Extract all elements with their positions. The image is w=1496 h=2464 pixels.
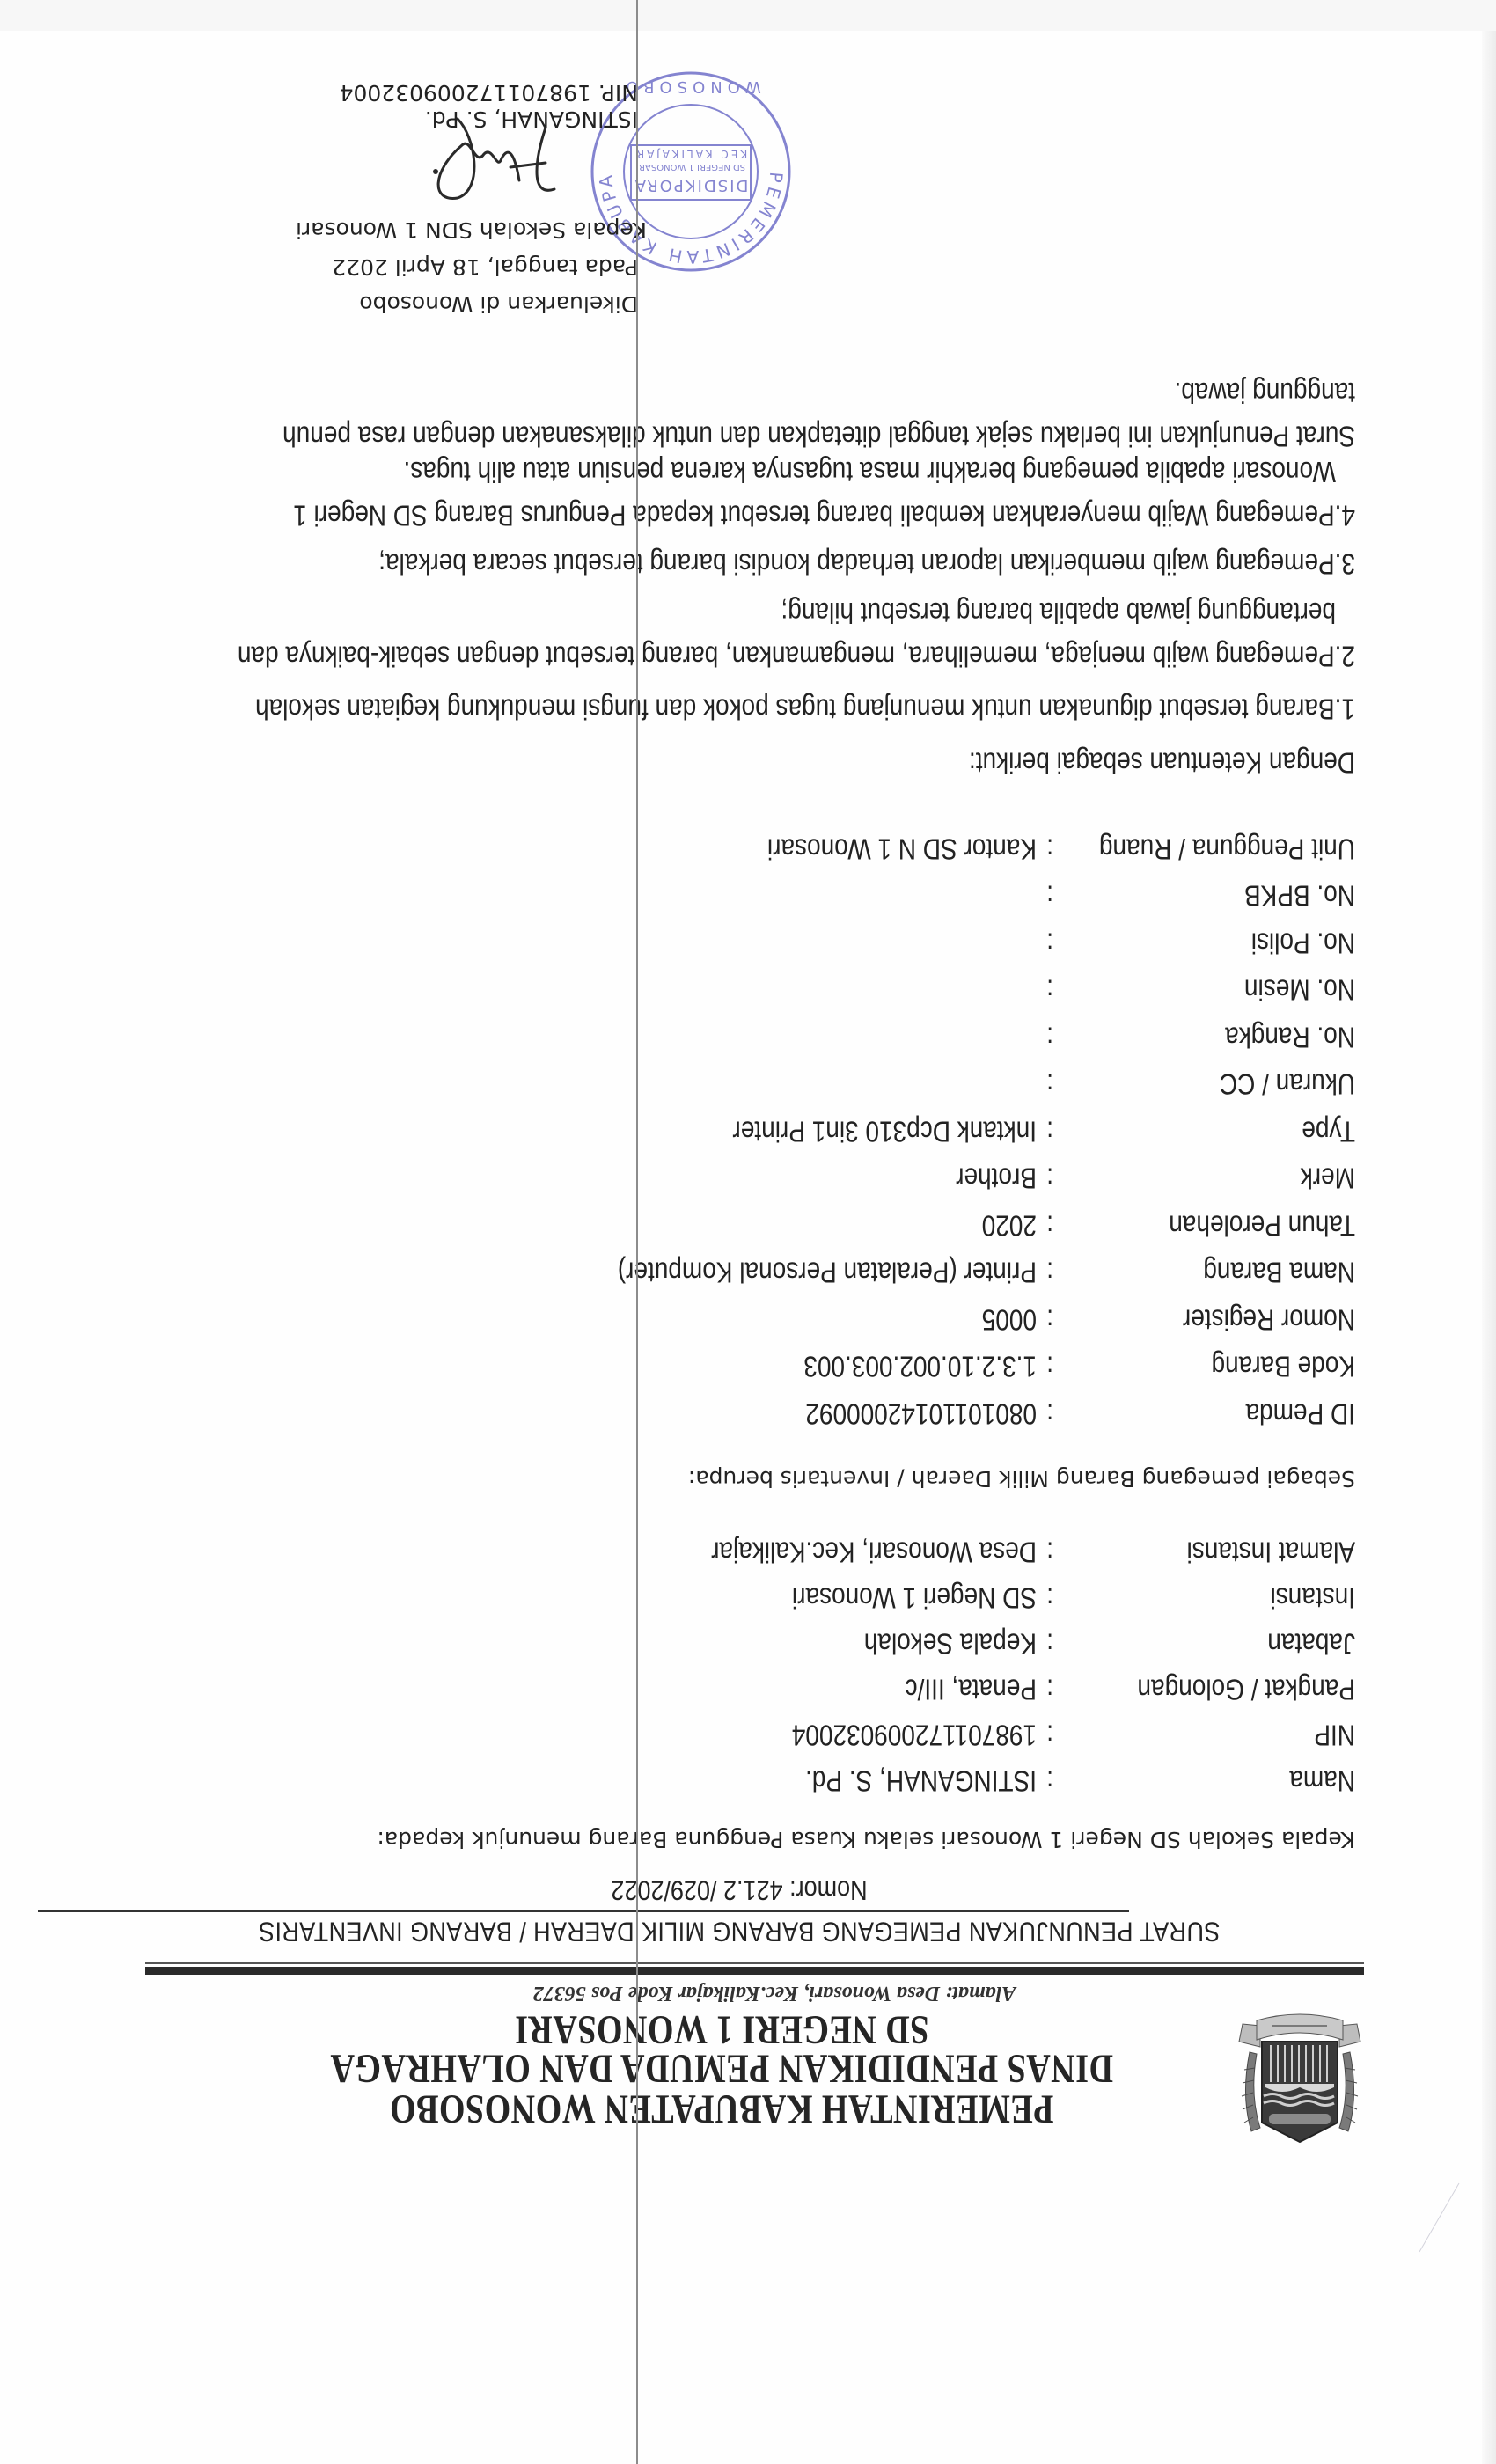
letterhead-school: SD NEGERI 1 WONOSARI xyxy=(229,2006,1214,2053)
holder-field-label: Pangkat / Golongan xyxy=(1137,1672,1355,1705)
holder-field-colon: : xyxy=(1046,1535,1053,1568)
intro-paragraph: Kepala Sekolah SD Negeri 1 Wonosari sela… xyxy=(377,1827,1355,1852)
item-field-colon: : xyxy=(1046,1397,1053,1430)
holder-field-row: Jabatan:Kepala Sekolah xyxy=(123,1618,1355,1660)
holder-field-value: SD Negeri 1 Wonosari xyxy=(792,1580,1037,1614)
item-field-colon: : xyxy=(1046,879,1053,913)
closing-line-1: Surat Penunjukan ini berlaku sejak tangg… xyxy=(128,414,1355,458)
holder-field-row: Instansi:SD Negeri 1 Wonosari xyxy=(123,1573,1355,1614)
item-field-row: Ukuran / CC: xyxy=(123,1059,1355,1100)
item-field-value: Kantor SD N 1 Wonosari xyxy=(767,832,1037,865)
provision-line-1: 4.Pemegang Wajib menyerahkan kembali bar… xyxy=(128,493,1355,537)
item-field-colon: : xyxy=(1046,1162,1053,1195)
item-field-row: Tahun Perolehan:2020 xyxy=(123,1200,1355,1242)
holder-field-label: Alamat Instansi xyxy=(1187,1535,1355,1568)
letterhead-divider-thin xyxy=(145,1962,1364,1964)
item-field-row: No. Polisi: xyxy=(123,918,1355,959)
item-field-value: Inktank Dcp310 3in1 Printer xyxy=(732,1114,1037,1148)
item-field-label: Tahun Perolehan xyxy=(1169,1208,1355,1242)
holder-field-row: Pangkat / Golongan:Penata, III/c xyxy=(123,1664,1355,1705)
item-field-row: No. BPKB: xyxy=(123,870,1355,912)
item-field-label: Nomor Register xyxy=(1183,1302,1355,1336)
pencil-mark xyxy=(1374,2157,1460,2252)
holder-field-colon: : xyxy=(1046,1580,1053,1614)
item-field-colon: : xyxy=(1046,1350,1053,1383)
provision-item: 2.Pemegang wajib menjaga, memelihara, me… xyxy=(128,590,1355,678)
item-field-label: Merk xyxy=(1301,1162,1355,1195)
item-field-row: Nama Barang:Printer (Peralatan Personal … xyxy=(123,1247,1355,1288)
item-field-row: Nomor Register:0005 xyxy=(123,1294,1355,1336)
item-field-colon: : xyxy=(1046,1256,1053,1289)
holder-field-row: NIP:198701172009032004 xyxy=(123,1710,1355,1751)
handwritten-signature-icon xyxy=(422,110,563,207)
item-field-value: Brother xyxy=(956,1162,1037,1195)
item-field-label: Unit Pengguna / Ruang xyxy=(1099,832,1355,865)
item-field-label: No. Rangka xyxy=(1225,1020,1355,1053)
closing-paragraph: Surat Penunjukan ini berlaku sejak tangg… xyxy=(128,370,1355,458)
issued-date: Pada tanggal, 18 April 2022 xyxy=(332,254,638,280)
item-field-colon: : xyxy=(1046,1020,1053,1053)
item-field-value: Printer (Peralatan Personal Komputer) xyxy=(618,1256,1037,1289)
item-field-value: 1.3.2.10.002.003.003 xyxy=(803,1350,1037,1383)
scan-edge-shadow xyxy=(1482,0,1496,2464)
item-field-row: Kode Barang:1.3.2.10.002.003.003 xyxy=(123,1341,1355,1382)
item-field-label: Kode Barang xyxy=(1212,1350,1355,1383)
svg-text:SD NEGERI 1 WONOSARI: SD NEGERI 1 WONOSARI xyxy=(636,162,745,172)
closing-line-2: tanggung jawab. xyxy=(128,370,1355,414)
letterhead-address: Alamat: Desa Wonosari, Kec.Kalikajar Kod… xyxy=(334,1981,1214,2005)
scan-artifact-line xyxy=(636,0,638,2464)
provision-line-1: 3.Pemegang wajib memberikan laporan terh… xyxy=(128,541,1355,585)
item-field-colon: : xyxy=(1046,1302,1053,1336)
holder-field-value: Desa Wonosari, Kec.Kalikajar xyxy=(711,1535,1037,1568)
item-field-label: Ukuran / CC xyxy=(1220,1067,1355,1101)
item-field-colon: : xyxy=(1046,1067,1053,1101)
item-intro: Sebagai pemegang Barang Milik Daerah / I… xyxy=(688,1466,1355,1492)
item-field-colon: : xyxy=(1046,1114,1053,1148)
item-field-row: Merk:Brother xyxy=(123,1153,1355,1194)
holder-field-row: Alamat Instansi:Desa Wonosari, Kec.Kalik… xyxy=(123,1527,1355,1568)
item-field-label: ID Pemda xyxy=(1246,1397,1356,1430)
provision-line-2: bertanggung jawab apabila barang tersebu… xyxy=(128,590,1355,634)
item-field-label: No. Mesin xyxy=(1244,973,1355,1007)
letterhead-divider-thick xyxy=(145,1967,1364,1975)
item-field-row: No. Rangka: xyxy=(123,1012,1355,1053)
item-field-value: 08010110142000092 xyxy=(805,1397,1037,1430)
item-field-row: No. Mesin: xyxy=(123,964,1355,1006)
item-field-label: No. Polisi xyxy=(1251,926,1355,959)
svg-text:DISDIKPORA: DISDIKPORA xyxy=(634,176,749,194)
holder-field-colon: : xyxy=(1046,1764,1053,1797)
item-field-row: ID Pemda:08010110142000092 xyxy=(123,1389,1355,1430)
item-field-colon: : xyxy=(1046,1208,1053,1242)
provision-item: 1.Barang tersebut digunakan untuk menunj… xyxy=(128,686,1355,730)
item-field-colon: : xyxy=(1046,973,1053,1007)
holder-field-label: Instansi xyxy=(1271,1580,1356,1614)
title-underline xyxy=(38,1910,1129,1912)
provisions-intro: Dengan Ketentuan sebagai berikut: xyxy=(969,745,1355,779)
scan-edge-bottom xyxy=(0,0,1496,31)
document-number: Nomor: 421.2 /029/2022 xyxy=(123,1874,1355,1906)
holder-field-label: Nama xyxy=(1289,1764,1355,1797)
holder-field-row: Nama:ISTINGANAH, S. Pd. xyxy=(123,1756,1355,1797)
item-field-row: Type:Inktank Dcp310 3in1 Printer xyxy=(123,1106,1355,1148)
provision-item: 3.Pemegang wajib memberikan laporan terh… xyxy=(128,541,1355,585)
item-field-value: 2020 xyxy=(982,1208,1037,1242)
holder-field-value: 198701172009032004 xyxy=(792,1718,1037,1751)
signer-position: Kepala Sekolah SDN 1 Wonosari xyxy=(296,217,647,243)
holder-field-colon: : xyxy=(1046,1718,1053,1751)
item-field-colon: : xyxy=(1046,926,1053,959)
issued-place: Dikeluarkan di Wonosobo xyxy=(359,291,638,317)
letterhead-government: PEMERINTAH KABUPATEN WONOSOBO xyxy=(229,2085,1214,2132)
holder-field-label: Jabatan xyxy=(1267,1626,1355,1660)
holder-field-value: Kepala Sekolah xyxy=(864,1626,1037,1660)
item-field-label: Type xyxy=(1302,1114,1355,1148)
holder-field-value: ISTINGANAH, S. Pd. xyxy=(805,1764,1037,1797)
svg-text:KEC KALIKAJAR: KEC KALIKAJAR xyxy=(634,148,747,160)
item-field-colon: : xyxy=(1046,832,1053,865)
holder-field-colon: : xyxy=(1046,1672,1053,1705)
item-field-value: 0005 xyxy=(982,1302,1037,1336)
provision-item: 4.Pemegang Wajib menyerahkan kembali bar… xyxy=(128,450,1355,537)
document-title: SURAT PENUNJUKAN PEMEGANG BARANG MILIK D… xyxy=(123,1916,1355,1947)
item-field-label: Nama Barang xyxy=(1203,1256,1355,1289)
item-field-label: No. BPKB xyxy=(1244,879,1355,913)
item-field-row: Unit Pengguna / Ruang:Kantor SD N 1 Wono… xyxy=(123,824,1355,865)
holder-field-value: Penata, III/c xyxy=(906,1672,1037,1705)
signer-nip: NIP. 198701172009032004 xyxy=(340,80,638,106)
svg-text:WONOSOBO: WONOSOBO xyxy=(620,77,760,96)
provision-line-1: 2.Pemegang wajib menjaga, memelihara, me… xyxy=(128,634,1355,678)
holder-field-label: NIP xyxy=(1314,1718,1355,1751)
provision-line-1: 1.Barang tersebut digunakan untuk menunj… xyxy=(128,686,1355,730)
scanned-letter-page: PEMERINTAH KABUPATEN WONOSOBO DINAS PEND… xyxy=(0,0,1496,2464)
wonosobo-regency-crest-icon xyxy=(1234,2010,1366,2149)
holder-field-colon: : xyxy=(1046,1626,1053,1660)
